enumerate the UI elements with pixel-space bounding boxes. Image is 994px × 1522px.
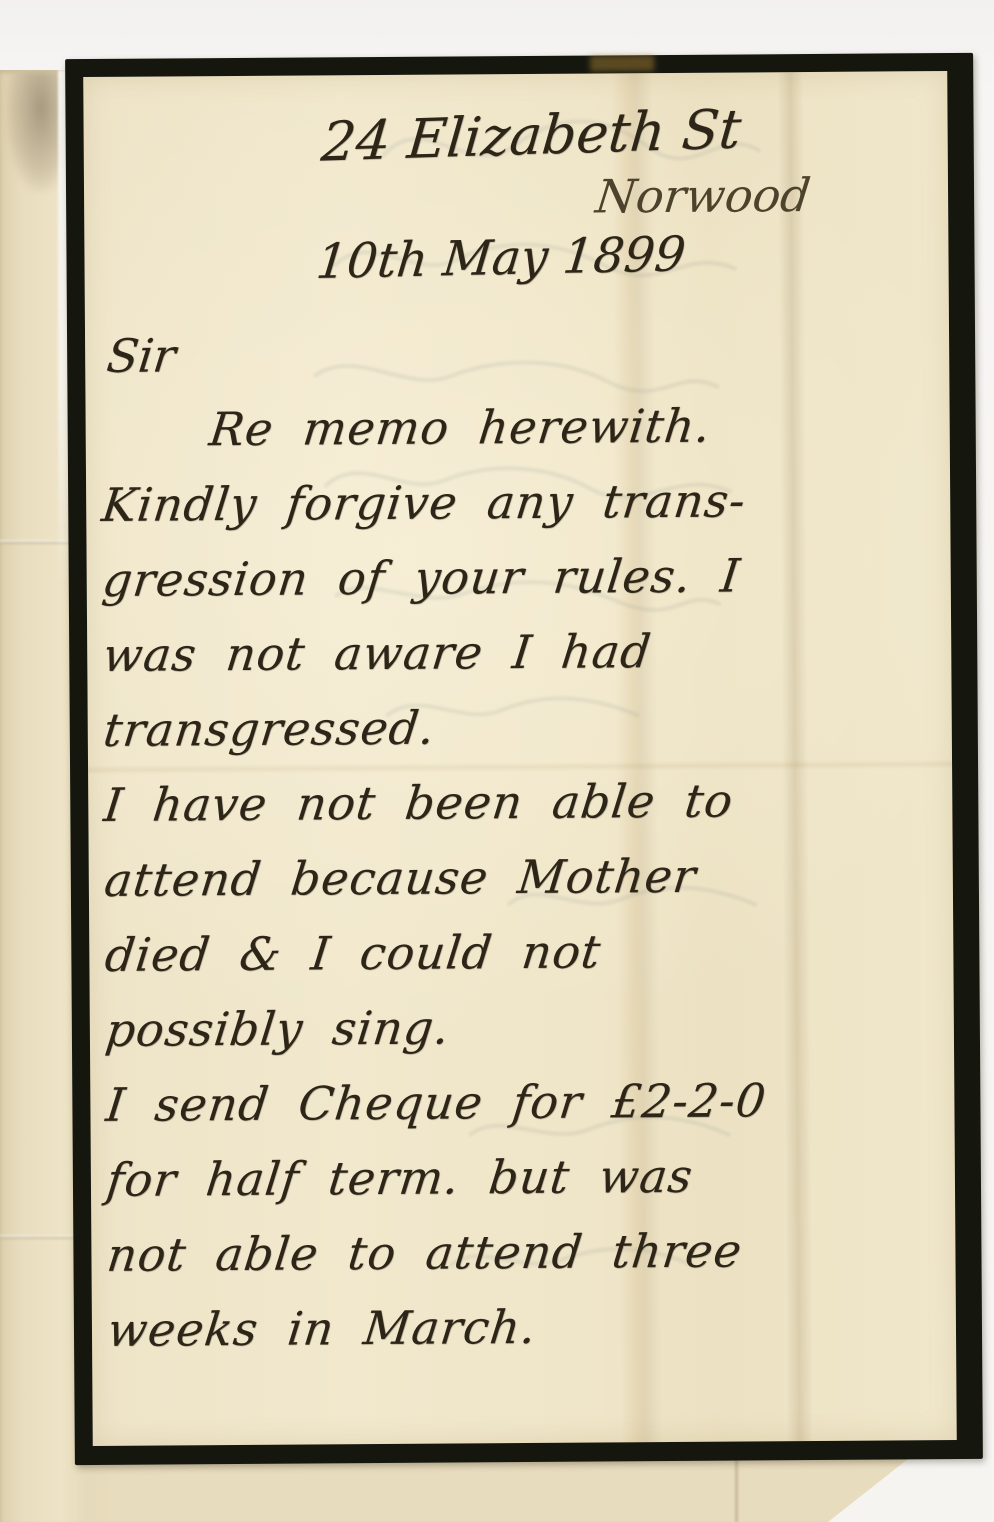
address-line-1-text: 24 Elizabeth St: [319, 97, 744, 173]
date-line-text: 10th May 1899: [314, 226, 688, 290]
letter-line: weeks in March.: [108, 1287, 949, 1368]
letter-line: possibly sing.: [106, 987, 947, 1068]
letter-line-text: weeks in March.: [104, 1290, 541, 1368]
letter-line-text: I have not been able to: [100, 764, 738, 843]
letter-line: not able to attend three: [107, 1212, 948, 1293]
letter-line-text: for half term. but was: [103, 1139, 698, 1218]
letter-line: transgressed.: [104, 687, 945, 768]
letter-line: attend because Mother: [105, 837, 946, 918]
letter-line: for half term. but was: [107, 1137, 948, 1218]
letter-body: Re memo herewith. Kindly forgive any tra…: [101, 387, 948, 1368]
letter-line-text: gression of your rules. I: [98, 538, 744, 618]
letter-line: died & I could not: [105, 912, 946, 993]
salutation-text: Sir: [104, 328, 178, 383]
stain: [590, 55, 654, 71]
letter-line-text: possibly sing.: [102, 990, 455, 1067]
letter-line-text: was not aware I had: [99, 614, 655, 693]
letter-line-text: transgressed.: [99, 691, 439, 768]
address-line-1: 24 Elizabeth St: [321, 97, 742, 173]
letter-page: 24 Elizabeth St Norwood 10th May 1899 Si…: [65, 53, 983, 1465]
letter-line-text: died & I could not: [101, 914, 605, 993]
paper-surface: 24 Elizabeth St Norwood 10th May 1899 Si…: [83, 71, 957, 1446]
letter-line: Re memo herewith.: [101, 387, 942, 468]
letter-line: Kindly forgive any trans-: [102, 462, 943, 543]
letter-line: gression of your rules. I: [102, 537, 943, 618]
letter-line: was not aware I had: [103, 612, 944, 693]
date-line: 10th May 1899: [316, 226, 686, 290]
letter-line: I have not been able to: [104, 762, 945, 843]
letter-line-text: Re memo herewith.: [205, 389, 715, 468]
letter-line-text: I send Cheque for £2-2-0: [102, 1063, 770, 1143]
letter-line-text: Kindly forgive any trans-: [98, 463, 750, 543]
address-line-2: Norwood: [596, 168, 811, 223]
address-line-2-text: Norwood: [593, 168, 813, 224]
scanned-letter-background: 24 Elizabeth St Norwood 10th May 1899 Si…: [0, 0, 994, 1522]
letter-line-text: attend because Mother: [100, 839, 700, 918]
letter-line-text: not able to attend three: [103, 1213, 746, 1292]
letter-line: I send Cheque for £2-2-0: [106, 1062, 947, 1143]
salutation: Sir: [107, 328, 176, 382]
